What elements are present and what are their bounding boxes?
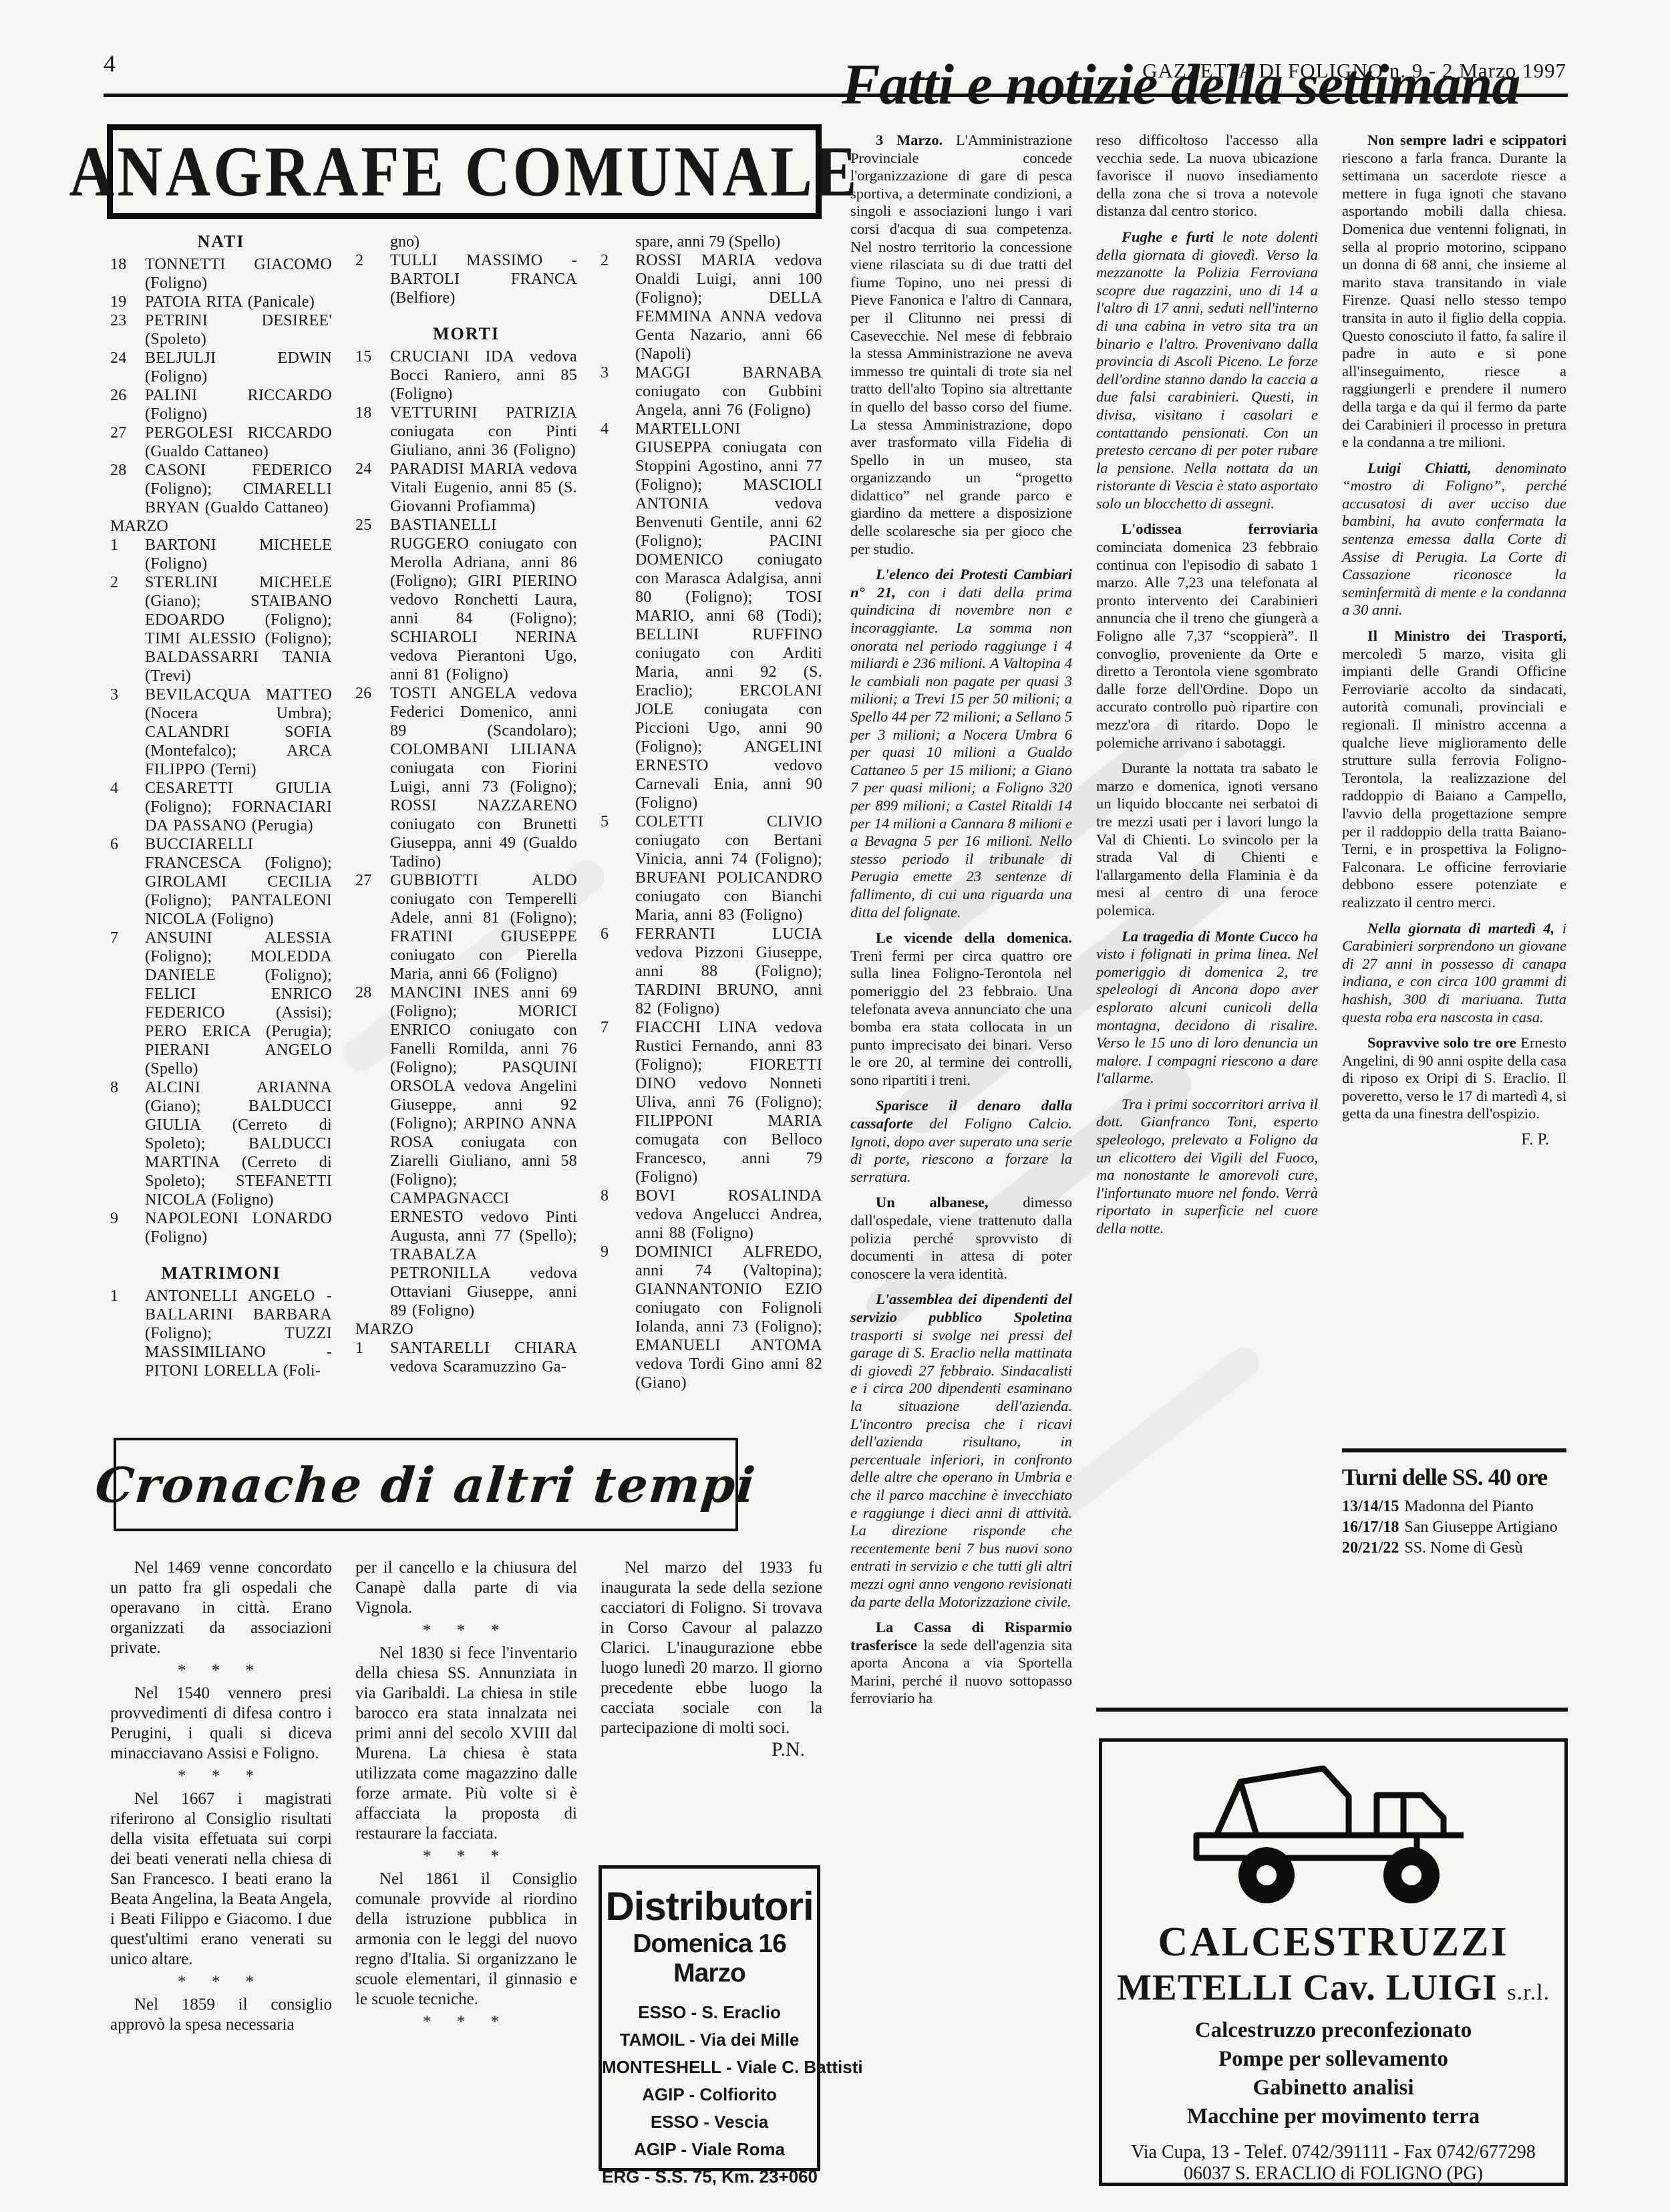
ad-company-line-1: CALCESTRUZZI [1102, 1919, 1564, 1966]
cronache-title: Cronache di altri tempi [93, 1456, 758, 1513]
news-paragraph: Fughe e furti le note dolenti della gior… [1096, 228, 1318, 513]
paragraph-lead: Luigi Chiatti, [1367, 460, 1496, 476]
ad-company-suffix: s.r.l. [1507, 1980, 1550, 2005]
anagrafe-column-2: gno)2TULLI MASSIMO - BARTOLI FRANCA (Bel… [355, 232, 577, 1376]
news-paragraph: Il Ministro dei Trasporti, mercoledì 5 m… [1342, 627, 1566, 912]
record-entry: 2ROSSI MARIA vedova Onaldi Luigi, anni 1… [601, 251, 822, 363]
shift-row: 13/14/15Madonna del Pianto [1342, 1496, 1566, 1517]
news-paragraph: Durante la nottata tra sabato le marzo e… [1096, 760, 1318, 919]
news-column-1: 3 Marzo. L'Amministrazione Provinciale c… [850, 132, 1072, 1716]
cronache-column-2: per il cancello e la chiusura del Canapè… [355, 1558, 577, 2035]
news-paragraph: La tragedia di Monte Cucco ha visto i fo… [1096, 928, 1318, 1088]
news-paragraph: Sopravvive solo tre ore Ernesto Angelini… [1342, 1034, 1566, 1123]
turni-rows: 13/14/15Madonna del Pianto16/17/18San Gi… [1342, 1496, 1566, 1559]
record-day-number: 3 [110, 685, 118, 704]
paragraph-lead: 3 Marzo. [876, 132, 956, 148]
record-list-header: MORTI [355, 325, 577, 343]
record-day-number: 7 [601, 1018, 609, 1037]
news-paragraph: Sparisce il denaro dalla cassaforte del … [850, 1097, 1072, 1186]
record-entry: 4CESARETTI GIULIA (Foligno); FORNACIARI … [110, 779, 332, 835]
fuel-station-line: MONTESHELL - Viale C. Battisti [602, 2054, 817, 2081]
page-number: 4 [104, 49, 116, 77]
record-entry: 23PETRINI DESIREE' (Spoleto) [110, 311, 332, 349]
anagrafe-box: ANAGRAFE COMUNALE [107, 124, 822, 219]
distributori-lines: ESSO - S. EraclioTAMOIL - Via dei MilleM… [602, 1999, 817, 2191]
paragraph-lead: L'odissea ferroviaria [1122, 520, 1318, 537]
signature: P.N. [601, 1740, 822, 1760]
record-list-header: MATRIMONI [110, 1264, 332, 1283]
record-day-number: 23 [110, 311, 127, 330]
shift-church: Madonna del Pianto [1404, 1498, 1533, 1515]
record-entry: 6BUCCIARELLI FRANCESCA (Foligno); GIROLA… [110, 835, 332, 929]
record-entry: 18VETTURINI PATRIZIA coniugata con Pinti… [355, 404, 577, 460]
shift-church: SS. Nome di Gesù [1404, 1539, 1522, 1557]
paragraph-lead: Sopravvive solo tre ore [1367, 1034, 1520, 1051]
news-section-title: Fatti e notizie della settimana [842, 51, 1570, 118]
fuel-station-line: AGIP - Colfiorito [602, 2081, 817, 2108]
record-entry: 26PALINI RICCARDO (Foligno) [110, 386, 332, 424]
record-day-number: 2 [601, 251, 609, 270]
chronicle-paragraph: Nel 1469 venne concordato un patto fra g… [110, 1558, 332, 1658]
record-entry: 3BEVILACQUA MATTEO (Nocera Umbra); CALAN… [110, 685, 332, 779]
record-day-number: 26 [110, 386, 127, 405]
record-day-number: 24 [355, 460, 372, 478]
cronache-column-3: Nel marzo del 1933 fu inaugurata la sede… [601, 1558, 822, 1766]
record-entry: 1ANTONELLI ANGELO - BALLARINI BARBARA (F… [110, 1287, 332, 1380]
record-day-number: 28 [110, 461, 127, 480]
chronicle-paragraph: per il cancello e la chiusura del Canapè… [355, 1558, 577, 1618]
record-day-number: 27 [355, 871, 372, 890]
section-separator: * * * [355, 1847, 577, 1867]
ad-service-line: Calcestruzzo preconfezionato [1102, 2016, 1564, 2045]
section-separator: * * * [110, 1972, 332, 1992]
record-day-number: 9 [110, 1209, 118, 1228]
record-day-number: 3 [601, 363, 609, 382]
record-day-number: 24 [110, 349, 127, 367]
record-day-number: 18 [355, 404, 372, 422]
paragraph-lead: L'assemblea dei dipendenti del servizio … [850, 1291, 1072, 1325]
record-entry: 7FIACCHI LINA vedova Rustici Fernando, a… [601, 1018, 822, 1187]
chronicle-paragraph: Nel 1667 i magistrati riferirono al Cons… [110, 1789, 332, 1969]
news-column-2: reso difficoltoso l'accesso alla vecchia… [1096, 132, 1318, 1246]
record-entry: 19PATOIA RITA (Panicale) [110, 293, 332, 311]
record-day-number: 19 [110, 293, 127, 311]
news-paragraph: L'assemblea dei dipendenti del servizio … [850, 1291, 1072, 1611]
record-day-number: 25 [355, 516, 372, 534]
distributori-date: Domenica 16 Marzo [602, 1929, 817, 1988]
shift-days: 13/14/15 [1342, 1498, 1399, 1515]
month-label: MARZO [110, 517, 332, 536]
shift-days: 16/17/18 [1342, 1519, 1399, 1536]
section-separator: * * * [355, 2012, 577, 2032]
news-paragraph: La Cassa di Risparmio trasferisce la sed… [850, 1619, 1072, 1708]
paragraph-lead: Non sempre ladri e scippatori [1367, 132, 1566, 148]
record-entry: 18TONNETTI GIACOMO (Foligno) [110, 255, 332, 293]
paragraph-lead: Il Ministro dei Trasporti, [1367, 627, 1566, 644]
anagrafe-column-3: spare, anni 79 (Spello)2ROSSI MARIA vedo… [601, 232, 822, 1392]
ad-company-line-2: METELLI Cav. LUIGI s.r.l. [1102, 1966, 1564, 2008]
record-day-number: 6 [110, 835, 118, 854]
record-entry: 4MARTELLONI GIUSEPPA coniugata con Stopp… [601, 420, 822, 812]
paragraph-lead: Un albanese, [876, 1194, 1023, 1211]
ad-address: Via Cupa, 13 - Telef. 0742/391111 - Fax … [1102, 2142, 1564, 2163]
record-day-number: 5 [601, 812, 609, 831]
shift-row: 20/21/22SS. Nome di Gesù [1342, 1538, 1566, 1559]
cement-mixer-truck-icon [1102, 1756, 1564, 1912]
ad-service-line: Gabinetto analisi [1102, 2074, 1564, 2102]
record-entry: 8BOVI ROSALINDA vedova Angelucci Andrea,… [601, 1187, 822, 1243]
chronicle-paragraph: Nel 1861 il Consiglio comunale provvide … [355, 1869, 577, 2010]
record-entry: 9DOMINICI ALFREDO, anni 74 (Valtopina); … [601, 1243, 822, 1392]
paragraph-lead: Fughe e furti [1122, 228, 1222, 245]
news-paragraph: L'elenco dei Protesti Cambiari n° 21, co… [850, 566, 1072, 921]
cronache-box: Cronache di altri tempi [114, 1438, 738, 1531]
record-day-number: 2 [110, 573, 118, 592]
record-entry: 8ALCINI ARIANNA (Giano); BALDUCCI GIULIA… [110, 1078, 332, 1209]
record-entry: 5COLETTI CLIVIO coniugato con Bertani Vi… [601, 812, 822, 925]
record-entry-continuation: gno) [355, 232, 577, 251]
ad-services: Calcestruzzo preconfezionatoPompe per so… [1102, 2016, 1564, 2131]
section-separator: * * * [355, 1621, 577, 1641]
ad-service-line: Pompe per sollevamento [1102, 2045, 1564, 2074]
record-entry: 27GUBBIOTTI ALDO coniugato con Temperell… [355, 871, 577, 983]
record-day-number: 15 [355, 347, 372, 366]
paragraph-lead: L'elenco dei Protesti Cambiari n° 21, [850, 566, 1072, 601]
news-paragraph: Nella giornata di martedì 4, i Carabinie… [1342, 920, 1566, 1027]
record-entry: 28CASONI FEDERICO (Foligno); CIMARELLI B… [110, 461, 332, 517]
news-paragraph: 3 Marzo. L'Amministrazione Provinciale c… [850, 132, 1072, 558]
record-entry: 9NAPOLEONI LONARDO (Foligno) [110, 1209, 332, 1247]
news-paragraph: reso difficoltoso l'accesso alla vecchia… [1096, 132, 1318, 220]
fuel-station-line: AGIP - Viale Roma [602, 2136, 817, 2163]
record-day-number: 7 [110, 929, 118, 947]
scan-artifact [1046, 1341, 1265, 1522]
distributori-title: Distributori [602, 1883, 817, 1929]
turni-title: Turni delle SS. 40 ore [1342, 1463, 1566, 1491]
fuel-station-line: ESSO - S. Eraclio [602, 1999, 817, 2026]
paragraph-lead: Nella giornata di martedì 4, [1367, 920, 1562, 937]
turni-rule [1342, 1448, 1566, 1452]
record-entry: 25BASTIANELLI RUGGERO coniugato con Mero… [355, 516, 577, 684]
record-day-number: 18 [110, 255, 127, 274]
signature: F. P. [1342, 1131, 1566, 1149]
ad-city: 06037 S. ERACLIO di FOLIGNO (PG) [1102, 2163, 1564, 2185]
shift-days: 20/21/22 [1342, 1539, 1399, 1557]
news-paragraph: Tra i primi soccorritori arriva il dott.… [1096, 1096, 1318, 1238]
record-day-number: 8 [601, 1187, 609, 1205]
news-paragraph: Non sempre ladri e scippatori riescono a… [1342, 132, 1566, 452]
news-paragraph: L'odissea ferroviaria cominciata domenic… [1096, 520, 1318, 752]
chronicle-paragraph: Nel marzo del 1933 fu inaugurata la sede… [601, 1558, 822, 1738]
fuel-station-line: TAMOIL - Via dei Mille [602, 2026, 817, 2054]
ad-company-name: METELLI Cav. LUIGI [1117, 1967, 1498, 2008]
record-day-number: 1 [110, 536, 118, 555]
shift-church: San Giuseppe Artigiano [1404, 1519, 1557, 1536]
section-separator: * * * [110, 1766, 332, 1786]
ad-service-line: Macchine per movimento terra [1102, 2102, 1564, 2131]
anagrafe-column-1: NATI18TONNETTI GIACOMO (Foligno)19PATOIA… [110, 232, 332, 1380]
record-entry: 1SANTARELLI CHIARA vedova Scaramuzzino G… [355, 1339, 577, 1376]
chronicle-paragraph: Nel 1540 vennero presi provvedimenti di … [110, 1684, 332, 1764]
record-day-number: 4 [110, 779, 118, 798]
turni-section: Turni delle SS. 40 ore 13/14/15Madonna d… [1342, 1448, 1566, 1559]
record-entry: 28MANCINI INES anni 69 (Foligno); MORICI… [355, 983, 577, 1320]
cronache-column-1: Nel 1469 venne concordato un patto fra g… [110, 1558, 332, 2035]
record-day-number: 1 [110, 1287, 118, 1305]
paragraph-lead: La Cassa di Risparmio trasferisce [850, 1619, 1072, 1653]
record-entry: 27PERGOLESI RICCARDO (Gualdo Cattaneo) [110, 424, 332, 461]
record-entry: 24BELJULJI EDWIN (Foligno) [110, 349, 332, 386]
record-day-number: 6 [601, 925, 609, 943]
record-entry-continuation: spare, anni 79 (Spello) [601, 232, 822, 251]
ad-top-rule [1096, 1708, 1568, 1712]
record-day-number: 8 [110, 1078, 118, 1097]
fuel-station-line: ESSO - Vescia [602, 2108, 817, 2136]
distributori-box: Distributori Domenica 16 Marzo ESSO - S.… [599, 1865, 820, 2171]
paragraph-lead: Sparisce il denaro dalla cassaforte [850, 1097, 1072, 1132]
record-day-number: 4 [601, 420, 609, 438]
chronicle-paragraph: Nel 1859 il consiglio approvò la spesa n… [110, 1995, 332, 2035]
record-entry: 7ANSUINI ALESSIA (Foligno); MOLEDDA DANI… [110, 929, 332, 1078]
record-list-header: NATI [110, 232, 332, 251]
news-paragraph: Un albanese, dimesso dall'ospedale, vien… [850, 1194, 1072, 1283]
paragraph-lead: Le vicende della domenica. [876, 929, 1072, 946]
shift-row: 16/17/18San Giuseppe Artigiano [1342, 1517, 1566, 1538]
record-entry: 24PARADISI MARIA vedova Vitali Eugenio, … [355, 460, 577, 516]
record-entry: 2STERLINI MICHELE (Giano); STAIBANO EDOA… [110, 573, 332, 685]
section-separator: * * * [110, 1661, 332, 1681]
anagrafe-title: ANAGRAFE COMUNALE [69, 130, 860, 212]
chronicle-paragraph: Nel 1830 si fece l'inventario della chie… [355, 1643, 577, 1844]
record-entry: 1BARTONI MICHELE (Foligno) [110, 536, 332, 573]
news-column-3: Non sempre ladri e scippatori riescono a… [1342, 132, 1566, 1156]
fuel-station-line: ERG - S.S. 75, Km. 23+060 [602, 2163, 817, 2191]
record-day-number: 26 [355, 684, 372, 703]
record-entry: 6FERRANTI LUCIA vedova Pizzoni Giuseppe,… [601, 925, 822, 1018]
record-day-number: 9 [601, 1243, 609, 1261]
record-entry: 3MAGGI BARNABA coniugato con Gubbini Ang… [601, 363, 822, 420]
ad-box: CALCESTRUZZI METELLI Cav. LUIGI s.r.l. C… [1099, 1738, 1568, 2186]
record-day-number: 2 [355, 251, 363, 270]
news-paragraph: Luigi Chiatti, denominato “mostro di Fol… [1342, 460, 1566, 619]
paragraph-lead: La tragedia di Monte Cucco [1122, 928, 1303, 945]
record-entry: 2TULLI MASSIMO - BARTOLI FRANCA (Belfior… [355, 251, 577, 307]
month-label: MARZO [355, 1320, 577, 1339]
record-entry: 26TOSTI ANGELA vedova Federici Domenico,… [355, 684, 577, 871]
record-day-number: 27 [110, 424, 127, 442]
record-day-number: 28 [355, 983, 372, 1002]
record-entry: 15CRUCIANI IDA vedova Bocci Raniero, ann… [355, 347, 577, 404]
news-paragraph: Le vicende della domenica. Treni fermi p… [850, 929, 1072, 1089]
record-day-number: 1 [355, 1339, 363, 1358]
